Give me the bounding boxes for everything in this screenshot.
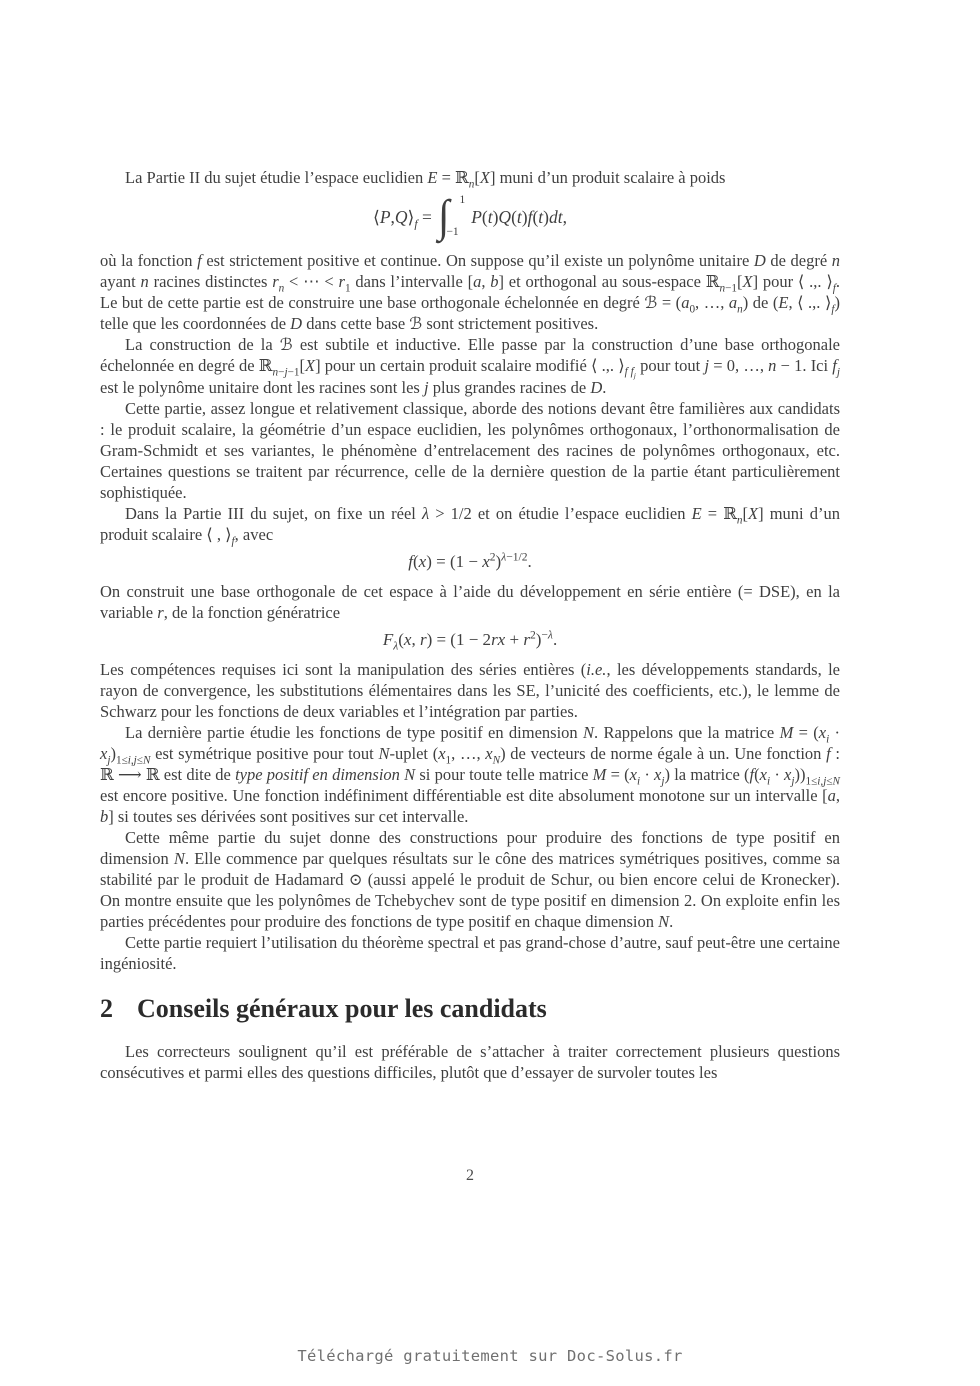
formula-generating-function: Fλ(x, r) = (1 − 2rx + r2)−λ. [100,628,840,652]
paragraph-part3-skills: Les compétences requises ici sont la man… [100,659,840,722]
paragraph-part2-skills: Cette partie, assez longue et relativeme… [100,398,840,503]
footer-watermark: Téléchargé gratuitement sur Doc-Solus.fr [0,1347,980,1365]
paragraph-part4-constructions: Cette même partie du sujet donne des con… [100,827,840,932]
paragraph-dse: On construit une base orthogonale de cet… [100,581,840,623]
formula-inner-product: ⟨P,Q⟩f = ∫ 1 −1 P(t)Q(t)f(t)dt, [100,190,840,244]
section-heading: 2 Conseils généraux pour les candidats [100,992,840,1026]
section-number: 2 [100,992,113,1026]
paragraph-advice: Les correcteurs soulignent qu’il est pré… [100,1041,840,1083]
paragraph-part4-intro: La dernière partie étudie les fonctions … [100,722,840,827]
paragraph-part3-intro: Dans la Partie III du sujet, on fixe un … [100,503,840,545]
integral-limits: 1 −1 [450,193,465,241]
paragraph-part4-requirements: Cette partie requiert l’utilisation du t… [100,932,840,974]
integral-upper-limit: 1 [459,195,465,207]
paragraph-base-construction: La construction de la ℬ est subtile et i… [100,334,840,398]
text-column: La Partie II du sujet étudie l’espace eu… [100,167,840,1083]
paragraph-weight-function: où la fonction f est strictement positiv… [100,250,840,334]
formula-integrand: P(t)Q(t)f(t)dt, [471,207,567,228]
paragraph-part2-intro: La Partie II du sujet étudie l’espace eu… [100,167,840,188]
formula-weight: f(x) = (1 − x2)λ−1/2. [100,550,840,574]
document-page: La Partie II du sujet étudie l’espace eu… [0,0,980,1386]
page-number: 2 [100,1167,840,1185]
formula-lhs: ⟨P,Q⟩f = [373,207,432,228]
section-title: Conseils généraux pour les candidats [137,992,547,1026]
integral-sign: ∫ [438,194,450,239]
